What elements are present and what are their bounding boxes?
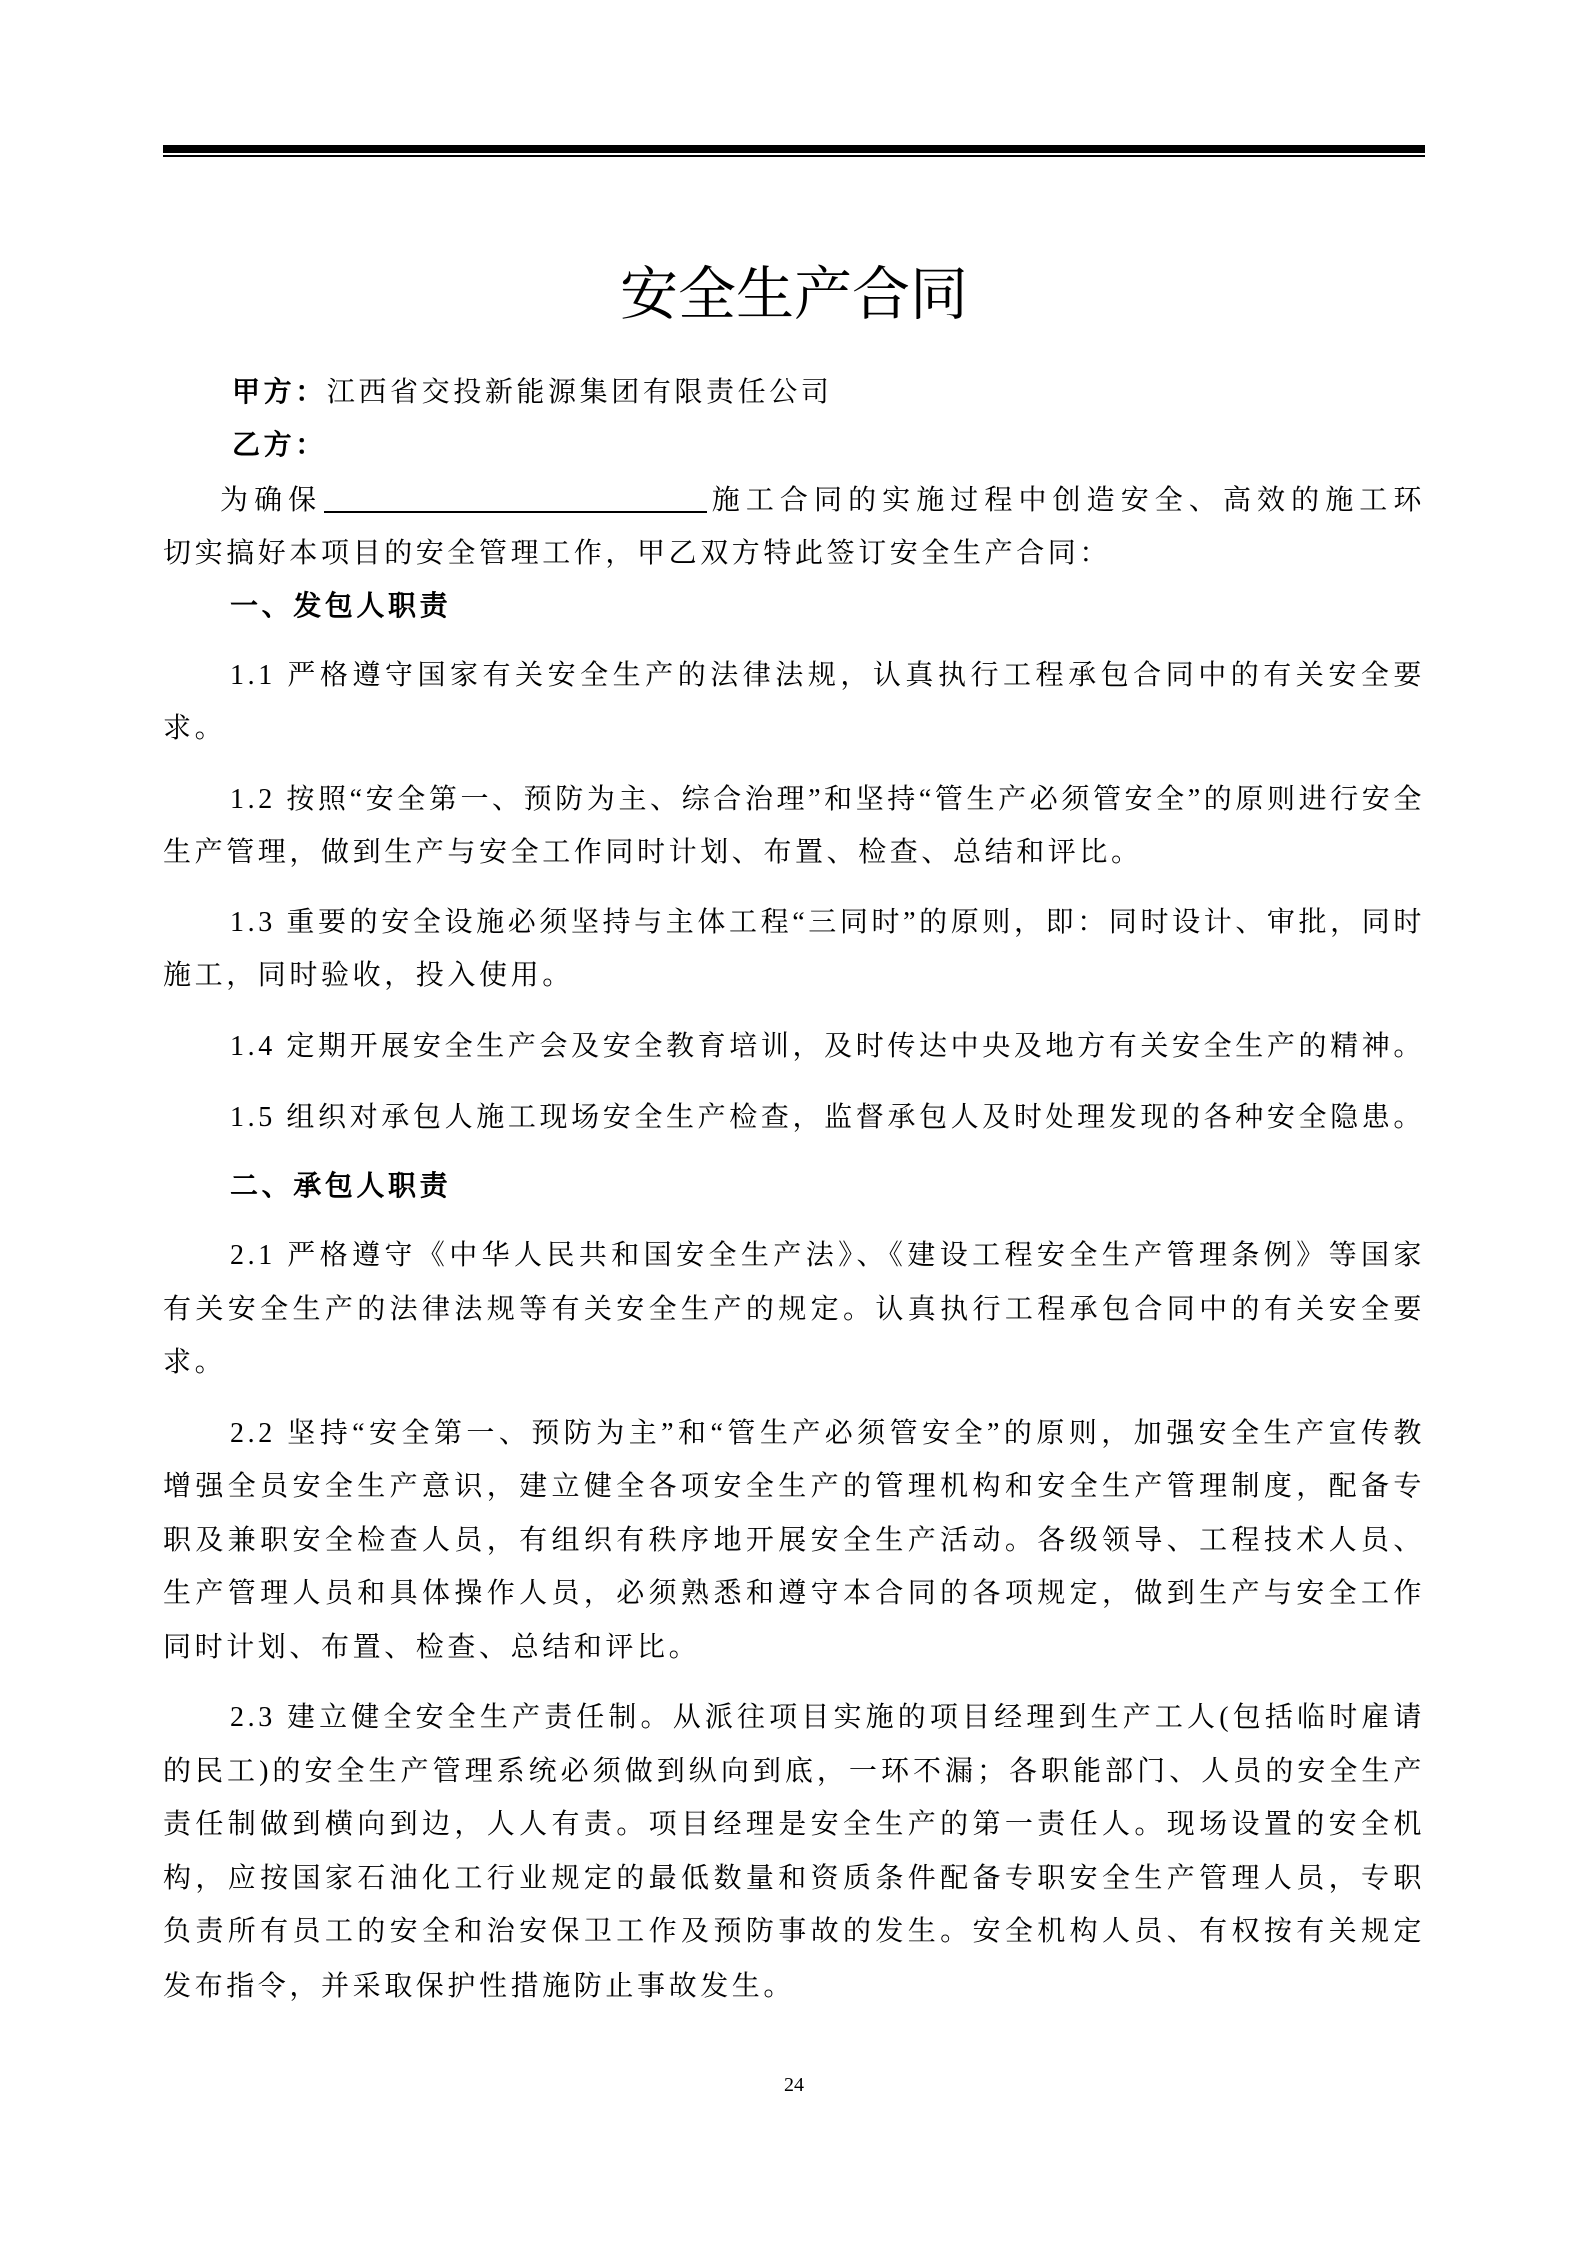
clause-1-4: 1.4 定期开展安全生产会及安全教育培训，及时传达中央及地方有关安全生产的精神。 [163,1027,1425,1067]
clause-2-3-line-6: 发布指令，并采取保护性措施防止事故发生。 [163,1967,1425,2007]
clause-2-3-line-2: 的民工)的安全生产管理系统必须做到纵向到底，一环不漏；各职能部门、人员的安全生产 [163,1752,1425,1792]
party-b: 乙方： [163,426,1425,466]
clause-2-3-line-4: 构，应按国家石油化工行业规定的最低数量和资质条件配备专职安全生产管理人员，专职 [163,1859,1425,1899]
clause-1-3-line-2: 施工，同时验收，投入使用。 [163,956,1425,996]
header-rule-thin [163,155,1425,157]
section-heading-2: 二、承包人职责 [163,1167,1425,1207]
intro-line-1: 为确保施工合同的实施过程中创造安全、高效的施工环境， [163,481,1425,521]
clause-2-2-line-1: 2.2 坚持“安全第一、预防为主”和“管生产必须管安全”的原则，加强安全生产宣传… [163,1414,1425,1454]
clause-1-2-line-1: 1.2 按照“安全第一、预防为主、综合治理”和坚持“管生产必须管安全”的原则进行… [163,780,1425,820]
party-b-label: 乙方： [232,430,327,461]
party-a-value: 江西省交投新能源集团有限责任公司 [327,377,833,408]
clause-2-2-line-2: 增强全员安全生产意识，建立健全各项安全生产的管理机构和安全生产管理制度，配备专 [163,1467,1425,1507]
clause-2-1-line-3: 求。 [163,1343,1425,1383]
clause-1-1-line-1: 1.1 严格遵守国家有关安全生产的法律法规，认真执行工程承包合同中的有关安全要 [163,656,1425,696]
intro-prefix: 为确保 [220,485,322,516]
project-name-blank[interactable] [324,481,707,513]
party-a: 甲方：江西省交投新能源集团有限责任公司 [163,373,1425,413]
clause-2-2-line-4: 生产管理人员和具体操作人员，必须熟悉和遵守本合同的各项规定，做到生产与安全工作 [163,1574,1425,1614]
clause-2-1-line-1: 2.1 严格遵守《中华人民共和国安全生产法》、《建设工程安全生产管理条例》等国家 [163,1236,1425,1276]
clause-1-5: 1.5 组织对承包人施工现场安全生产检查，监督承包人及时处理发现的各种安全隐患。 [163,1098,1425,1138]
header-rule-thick [163,145,1425,153]
clause-1-2-line-2: 生产管理，做到生产与安全工作同时计划、布置、检查、总结和评比。 [163,833,1425,873]
clause-1-1-line-2: 求。 [163,709,1425,749]
page-number: 24 [0,2072,1588,2098]
clause-2-1-line-2: 有关安全生产的法律法规等有关安全生产的规定。认真执行工程承包合同中的有关安全要 [163,1290,1425,1330]
clause-2-3-line-1: 2.3 建立健全安全生产责任制。从派往项目实施的项目经理到生产工人(包括临时雇请 [163,1698,1425,1738]
section-heading-1: 一、发包人职责 [163,587,1425,627]
clause-1-3-line-1: 1.3 重要的安全设施必须坚持与主体工程“三同时”的原则，即：同时设计、审批，同… [163,903,1425,943]
document-title: 安全生产合同 [0,258,1588,330]
clause-2-3-line-5: 负责所有员工的安全和治安保卫工作及预防事故的发生。安全机构人员、有权按有关规定 [163,1912,1425,1952]
party-a-label: 甲方： [232,377,327,408]
clause-2-2-line-5: 同时计划、布置、检查、总结和评比。 [163,1628,1425,1668]
intro-line-2: 切实搞好本项目的安全管理工作，甲乙双方特此签订安全生产合同： [163,534,1425,574]
clause-2-2-line-3: 职及兼职安全检查人员，有组织有秩序地开展安全生产活动。各级领导、工程技术人员、 [163,1521,1425,1561]
clause-2-3-line-3: 责任制做到横向到边，人人有责。项目经理是安全生产的第一责任人。现场设置的安全机 [163,1805,1425,1845]
